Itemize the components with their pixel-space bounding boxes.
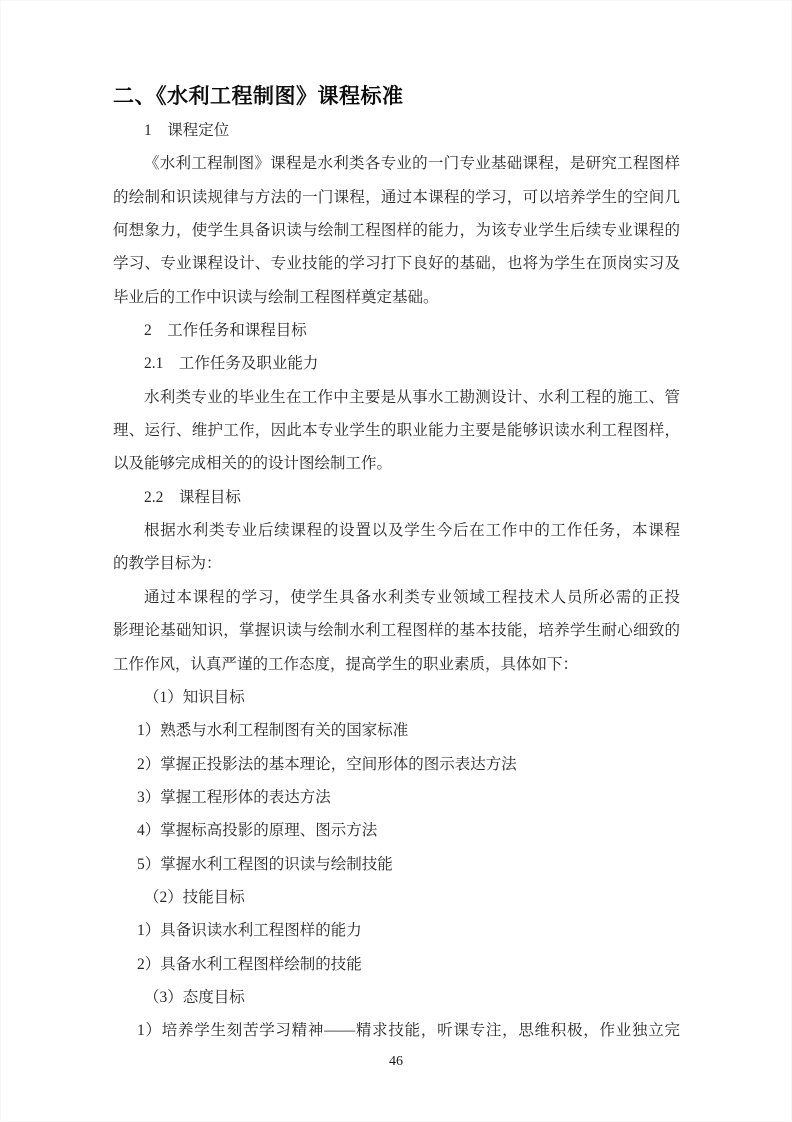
text-line: 1 课程定位 xyxy=(113,114,680,147)
document-body: 二、《水利工程制图》课程标准 1 课程定位《水利工程制图》课程是水利类各专业的一… xyxy=(113,79,680,1048)
document-page: 二、《水利工程制图》课程标准 1 课程定位《水利工程制图》课程是水利类各专业的一… xyxy=(0,0,792,1122)
text-line: （1）知识目标 xyxy=(113,681,680,714)
text-line: 5）掌握水利工程图的识读与绘制技能 xyxy=(113,848,680,881)
text-line: 2.2 课程目标 xyxy=(113,481,680,514)
text-line: 3）掌握工程形体的表达方法 xyxy=(113,781,680,814)
text-line: （2）技能目标 xyxy=(113,881,680,914)
text-line: 根据水利类专业后续课程的设置以及学生今后在工作中的工作任务，本课程 xyxy=(113,514,680,547)
document-text-lines: 1 课程定位《水利工程制图》课程是水利类各专业的一门专业基础课程，是研究工程图样… xyxy=(113,114,680,1048)
text-line: 1）培养学生刻苦学习精神——精求技能，听课专注，思维积极，作业独立完 xyxy=(113,1014,680,1047)
text-line: （3）态度目标 xyxy=(113,981,680,1014)
text-line: 《水利工程制图》课程是水利类各专业的一门专业基础课程，是研究工程图样 xyxy=(113,147,680,180)
text-line: 毕业后的工作中识读与绘制工程图样奠定基础。 xyxy=(113,281,680,314)
text-line: 工作作风，认真严谨的工作态度，提高学生的职业素质，具体如下： xyxy=(113,648,680,681)
text-line: 1）熟悉与水利工程制图有关的国家标准 xyxy=(113,714,680,747)
text-line: 的教学目标为： xyxy=(113,547,680,580)
text-line: 2）掌握正投影法的基本理论，空间形体的图示表达方法 xyxy=(113,748,680,781)
text-line: 理、运行、维护工作，因此本专业学生的职业能力主要是能够识读水利工程图样， xyxy=(113,414,680,447)
text-line: 4）掌握标高投影的原理、图示方法 xyxy=(113,814,680,847)
text-line: 何想象力，使学生具备识读与绘制工程图样的能力，为该专业学生后续专业课程的 xyxy=(113,214,680,247)
text-line: 2）具备水利工程图样绘制的技能 xyxy=(113,948,680,981)
text-line: 2.1 工作任务及职业能力 xyxy=(113,347,680,380)
text-line: 2 工作任务和课程目标 xyxy=(113,314,680,347)
page-number: 46 xyxy=(0,1052,792,1072)
text-line: 学习、专业课程设计、专业技能的学习打下良好的基础，也将为学生在顶岗实习及 xyxy=(113,247,680,280)
document-title: 二、《水利工程制图》课程标准 xyxy=(113,79,680,114)
text-line: 1）具备识读水利工程图样的能力 xyxy=(113,914,680,947)
text-line: 水利类专业的毕业生在工作中主要是从事水工勘测设计、水利工程的施工、管 xyxy=(113,381,680,414)
text-line: 的绘制和识读规律与方法的一门课程，通过本课程的学习，可以培养学生的空间几 xyxy=(113,181,680,214)
text-line: 通过本课程的学习，使学生具备水利类专业领域工程技术人员所必需的正投 xyxy=(113,581,680,614)
text-line: 影理论基础知识，掌握识读与绘制水利工程图样的基本技能，培养学生耐心细致的 xyxy=(113,614,680,647)
text-line: 以及能够完成相关的的设计图绘制工作。 xyxy=(113,447,680,480)
